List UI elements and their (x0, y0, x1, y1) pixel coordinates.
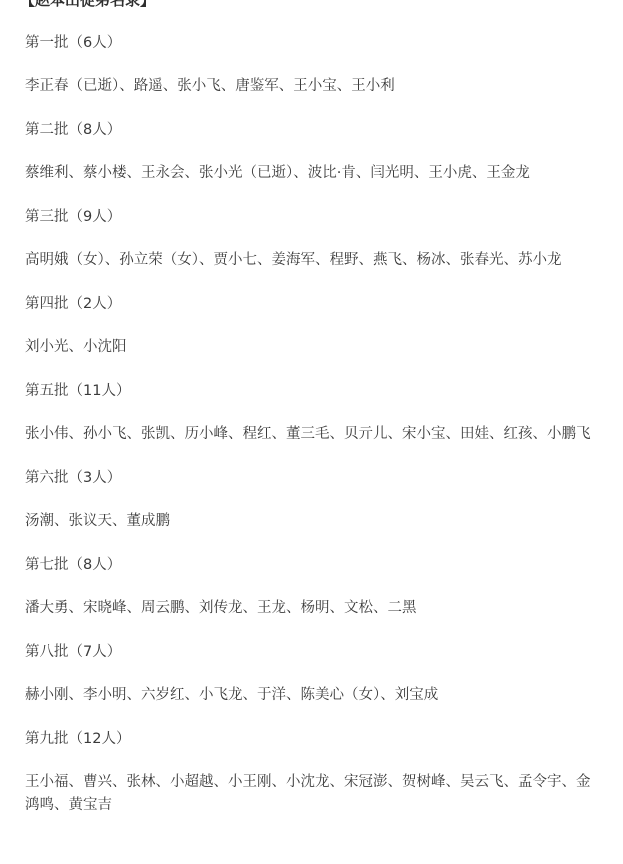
batch-3: 第三批（9人） 高明娥（女）、孙立荣（女）、贾小七、姜海军、程野、燕飞、杨冰、张… (25, 206, 600, 272)
batch-9: 第九批（12人） 王小福、曹兴、张林、小超越、小王刚、小沈龙、宋冠澎、贺树峰、吴… (25, 728, 600, 817)
batch-heading: 第六批（3人） (25, 467, 600, 490)
batch-names: 潘大勇、宋晓峰、周云鹏、刘传龙、王龙、杨明、文松、二黑 (25, 597, 600, 620)
batch-heading: 第九批（12人） (25, 728, 600, 751)
batch-heading: 第八批（7人） (25, 641, 600, 664)
document-body: 【赵本山徒弟名录】 第一批（6人） 李正春（已逝）、路遥、张小飞、唐鉴军、王小宝… (25, 0, 600, 817)
batch-names: 刘小光、小沈阳 (25, 336, 600, 359)
batch-heading: 第五批（11人） (25, 380, 600, 403)
batch-2: 第二批（8人） 蔡维利、蔡小楼、王永会、张小光（已逝）、波比·肯、闫光明、王小虎… (25, 119, 600, 185)
batch-7: 第七批（8人） 潘大勇、宋晓峰、周云鹏、刘传龙、王龙、杨明、文松、二黑 (25, 554, 600, 620)
batch-names: 王小福、曹兴、张林、小超越、小王刚、小沈龙、宋冠澎、贺树峰、吴云飞、孟令宇、金鸿… (25, 771, 600, 817)
batch-heading: 第七批（8人） (25, 554, 600, 577)
batch-6: 第六批（3人） 汤潮、张议天、董成鹏 (25, 467, 600, 533)
batch-names: 张小伟、孙小飞、张凯、历小峰、程红、董三毛、贝亓儿、宋小宝、田娃、红孩、小鹏飞 (25, 423, 600, 446)
batch-names: 赫小刚、李小明、六岁红、小飞龙、于洋、陈美心（女）、刘宝成 (25, 684, 600, 707)
document-title: 【赵本山徒弟名录】 (20, 0, 600, 11)
batch-names: 高明娥（女）、孙立荣（女）、贾小七、姜海军、程野、燕飞、杨冰、张春光、苏小龙 (25, 249, 600, 272)
batch-4: 第四批（2人） 刘小光、小沈阳 (25, 293, 600, 359)
batch-1: 第一批（6人） 李正春（已逝）、路遥、张小飞、唐鉴军、王小宝、王小利 (25, 32, 600, 98)
batch-heading: 第二批（8人） (25, 119, 600, 142)
batch-names: 李正春（已逝）、路遥、张小飞、唐鉴军、王小宝、王小利 (25, 75, 600, 98)
batch-heading: 第一批（6人） (25, 32, 600, 55)
batch-heading: 第三批（9人） (25, 206, 600, 229)
batch-names: 蔡维利、蔡小楼、王永会、张小光（已逝）、波比·肯、闫光明、王小虎、王金龙 (25, 162, 600, 185)
batch-5: 第五批（11人） 张小伟、孙小飞、张凯、历小峰、程红、董三毛、贝亓儿、宋小宝、田… (25, 380, 600, 446)
batch-8: 第八批（7人） 赫小刚、李小明、六岁红、小飞龙、于洋、陈美心（女）、刘宝成 (25, 641, 600, 707)
batch-heading: 第四批（2人） (25, 293, 600, 316)
batch-names: 汤潮、张议天、董成鹏 (25, 510, 600, 533)
